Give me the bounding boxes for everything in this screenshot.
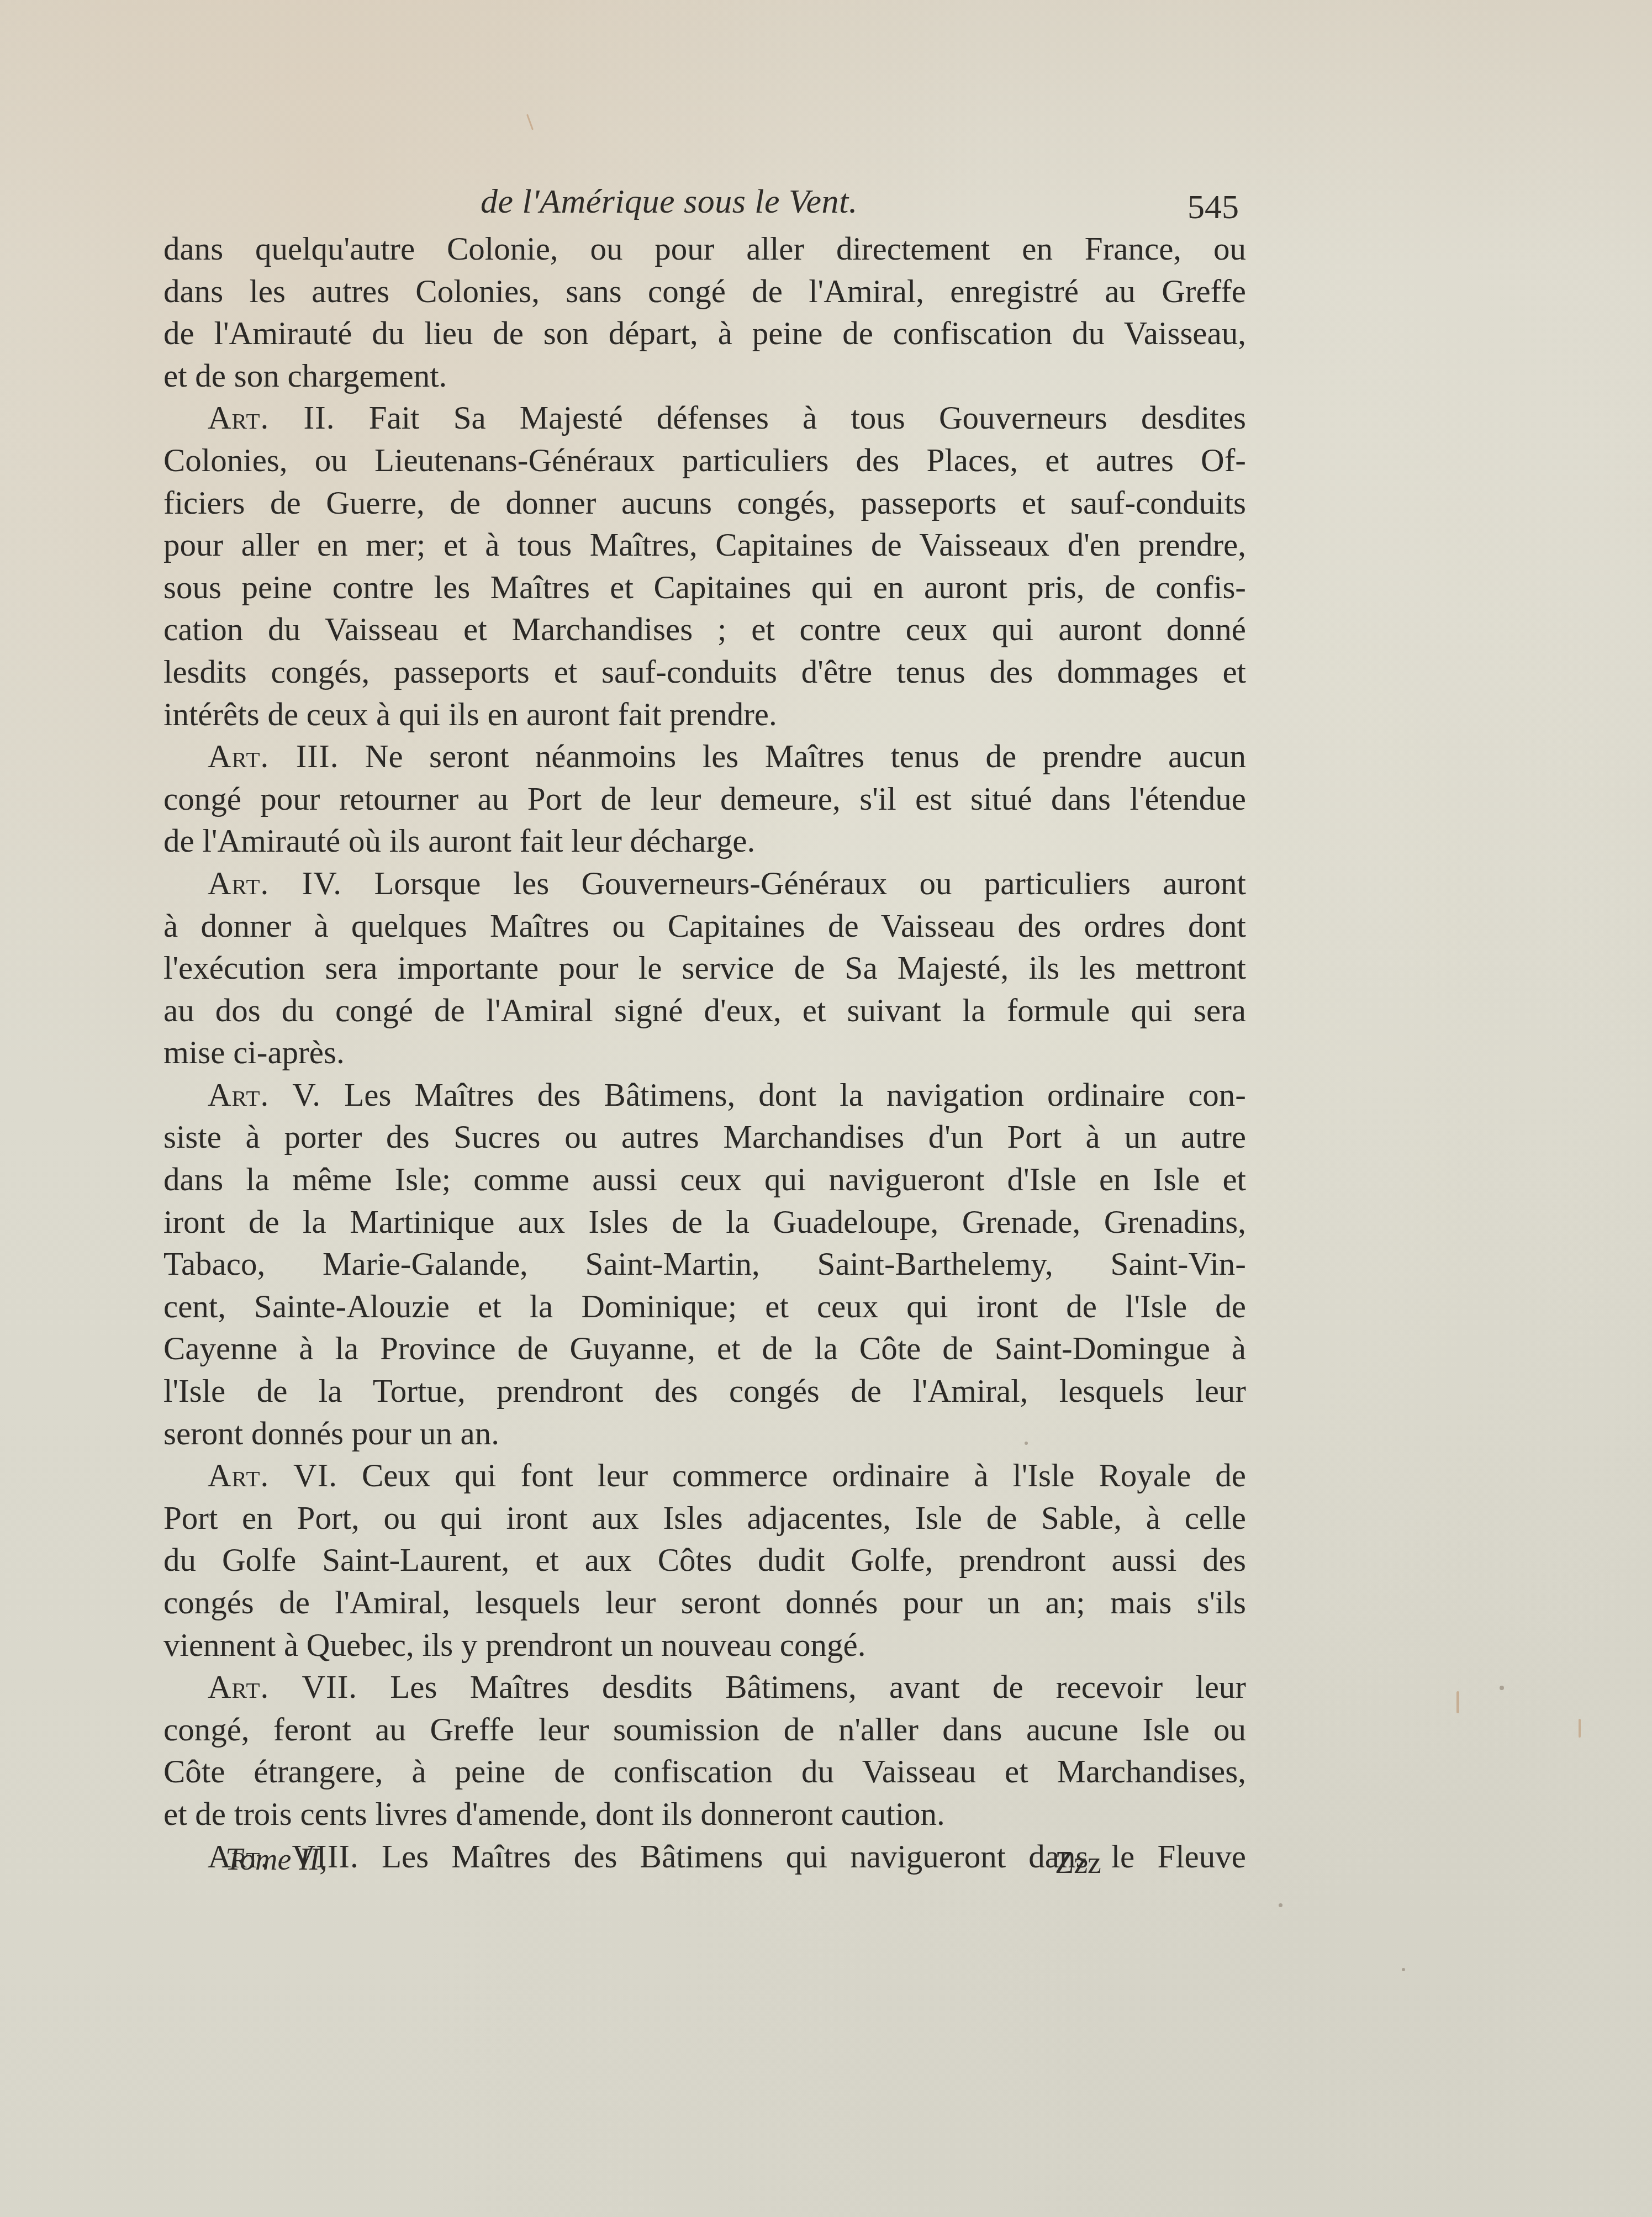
text-line: au dos du congé de l'Amiral signé d'eux,… bbox=[163, 989, 1246, 1032]
text-line: lesdits congés, passeports et sauf-condu… bbox=[163, 651, 1246, 693]
line-text: dans quelqu'autre Colonie, ou pour aller… bbox=[163, 230, 1246, 267]
text-line: et de son chargement. bbox=[163, 355, 1246, 397]
text-line: cation du Vaisseau et Marchandises ; et … bbox=[163, 608, 1246, 651]
text-line: iront de la Martinique aux Isles de la G… bbox=[163, 1201, 1246, 1243]
page-footer: Tome II, Zzz bbox=[188, 1842, 1237, 1886]
text-line: dans les autres Colonies, sans congé de … bbox=[163, 270, 1246, 313]
text-line: de l'Amirauté du lieu de son départ, à p… bbox=[163, 312, 1246, 355]
line-text: Côte étrangere, à peine de confiscation … bbox=[163, 1753, 1246, 1790]
line-text: Lorsque les Gouverneurs-Généraux ou part… bbox=[342, 865, 1246, 901]
article-start-line: Art. VII. Les Maîtres desdits Bâtimens, … bbox=[163, 1666, 1246, 1708]
line-text: congés de l'Amiral, lesquels leur seront… bbox=[163, 1584, 1246, 1620]
article-start-line: Art. IV. Lorsque les Gouverneurs-Générau… bbox=[163, 862, 1246, 905]
text-line: viennent à Quebec, ils y prendront un no… bbox=[163, 1624, 1246, 1666]
line-text: Les Maîtres des Bâtimens, dont la naviga… bbox=[321, 1076, 1246, 1113]
line-text: de l'Amirauté du lieu de son départ, à p… bbox=[163, 315, 1246, 351]
article-label: Art. IV. bbox=[208, 865, 342, 901]
line-text: au dos du congé de l'Amiral signé d'eux,… bbox=[163, 992, 1246, 1028]
line-text: et de son chargement. bbox=[163, 357, 447, 394]
line-text: du Golfe Saint-Laurent, et aux Côtes dud… bbox=[163, 1542, 1246, 1578]
line-text: et de trois cents livres d'amende, dont … bbox=[163, 1796, 945, 1832]
line-text: Les Maîtres desdits Bâtimens, avant de r… bbox=[357, 1669, 1246, 1705]
line-text: pour aller en mer; et à tous Maîtres, Ca… bbox=[163, 526, 1246, 563]
line-text: viennent à Quebec, ils y prendront un no… bbox=[163, 1627, 865, 1663]
paper-speck bbox=[1025, 1442, 1028, 1445]
line-text: sous peine contre les Maîtres et Capitai… bbox=[163, 569, 1246, 605]
text-line: mise ci-après. bbox=[163, 1031, 1246, 1074]
signature-mark: Zzz bbox=[1055, 1845, 1101, 1881]
paper-fiber bbox=[1456, 1691, 1459, 1713]
line-text: ficiers de Guerre, de donner aucuns cong… bbox=[163, 484, 1246, 521]
line-text: congé, feront au Greffe leur soumission … bbox=[163, 1711, 1246, 1748]
line-text: l'exécution sera importante pour le serv… bbox=[163, 949, 1246, 986]
line-text: mise ci-après. bbox=[163, 1034, 345, 1070]
text-line: congés de l'Amiral, lesquels leur seront… bbox=[163, 1581, 1246, 1624]
line-text: Colonies, ou Lieutenans-Généraux particu… bbox=[163, 442, 1246, 478]
paper-speck bbox=[1402, 1968, 1405, 1971]
line-text: cent, Sainte-Alouzie et la Dominique; et… bbox=[163, 1288, 1246, 1324]
line-text: à donner à quelques Maîtres ou Capitaine… bbox=[163, 907, 1246, 944]
text-line: Cayenne à la Province de Guyanne, et de … bbox=[163, 1327, 1246, 1370]
line-text: dans la même Isle; comme aussi ceux qui … bbox=[163, 1161, 1246, 1197]
body-text: dans quelqu'autre Colonie, ou pour aller… bbox=[163, 228, 1246, 1877]
scanned-page: de l'Amérique sous le Vent. 545 dans que… bbox=[0, 0, 1652, 2217]
text-line: dans la même Isle; comme aussi ceux qui … bbox=[163, 1158, 1246, 1201]
running-head: de l'Amérique sous le Vent. 545 bbox=[188, 178, 1237, 228]
paper-speck bbox=[1279, 1903, 1282, 1907]
article-start-line: Art. III. Ne seront néanmoins les Maître… bbox=[163, 735, 1246, 778]
line-text: seront donnés pour un an. bbox=[163, 1415, 499, 1451]
article-start-line: Art. VI. Ceux qui font leur commerce ord… bbox=[163, 1454, 1246, 1497]
text-line: Colonies, ou Lieutenans-Généraux particu… bbox=[163, 439, 1246, 482]
text-line: intérêts de ceux à qui ils en auront fai… bbox=[163, 693, 1246, 736]
page-number: 545 bbox=[1187, 188, 1239, 227]
text-line: sous peine contre les Maîtres et Capitai… bbox=[163, 566, 1246, 609]
line-text: iront de la Martinique aux Isles de la G… bbox=[163, 1203, 1246, 1240]
line-text: Ceux qui font leur commerce ordinaire à … bbox=[337, 1457, 1246, 1493]
text-line: de l'Amirauté où ils auront fait leur dé… bbox=[163, 820, 1246, 862]
text-line: l'exécution sera importante pour le serv… bbox=[163, 947, 1246, 989]
article-label: Art. V. bbox=[208, 1076, 321, 1113]
text-line: siste à porter des Sucres ou autres Marc… bbox=[163, 1116, 1246, 1158]
paper-fiber bbox=[526, 114, 534, 130]
text-line: et de trois cents livres d'amende, dont … bbox=[163, 1793, 1246, 1835]
line-text: Tabaco, Marie-Galande, Saint-Martin, Sai… bbox=[163, 1245, 1246, 1282]
text-line: congé, feront au Greffe leur soumission … bbox=[163, 1708, 1246, 1751]
paper-speck bbox=[1500, 1686, 1504, 1690]
text-line: Côte étrangere, à peine de confiscation … bbox=[163, 1750, 1246, 1793]
article-label: Art. VII. bbox=[208, 1669, 357, 1705]
line-text: Port en Port, ou qui iront aux Isles adj… bbox=[163, 1500, 1246, 1536]
text-line: du Golfe Saint-Laurent, et aux Côtes dud… bbox=[163, 1539, 1246, 1581]
line-text: intérêts de ceux à qui ils en auront fai… bbox=[163, 696, 777, 732]
text-line: cent, Sainte-Alouzie et la Dominique; et… bbox=[163, 1285, 1246, 1328]
line-text: Ne seront néanmoins les Maîtres tenus de… bbox=[339, 738, 1246, 774]
line-text: de l'Amirauté où ils auront fait leur dé… bbox=[163, 822, 755, 859]
article-label: Art. VI. bbox=[208, 1457, 337, 1493]
volume-label: Tome II, bbox=[225, 1842, 328, 1877]
line-text: Cayenne à la Province de Guyanne, et de … bbox=[163, 1330, 1246, 1366]
line-text: siste à porter des Sucres ou autres Marc… bbox=[163, 1118, 1246, 1155]
line-text: dans les autres Colonies, sans congé de … bbox=[163, 273, 1246, 309]
text-line: Port en Port, ou qui iront aux Isles adj… bbox=[163, 1497, 1246, 1539]
text-line: dans quelqu'autre Colonie, ou pour aller… bbox=[163, 228, 1246, 270]
article-start-line: Art. II. Fait Sa Majesté défenses à tous… bbox=[163, 397, 1246, 439]
text-line: pour aller en mer; et à tous Maîtres, Ca… bbox=[163, 524, 1246, 566]
paper-fiber bbox=[1579, 1719, 1581, 1738]
running-title: de l'Amérique sous le Vent. bbox=[481, 182, 858, 221]
text-line: à donner à quelques Maîtres ou Capitaine… bbox=[163, 905, 1246, 947]
text-line: Tabaco, Marie-Galande, Saint-Martin, Sai… bbox=[163, 1243, 1246, 1285]
text-line: l'Isle de la Tortue, prendront des congé… bbox=[163, 1370, 1246, 1412]
line-text: congé pour retourner au Port de leur dem… bbox=[163, 780, 1246, 817]
text-line: seront donnés pour un an. bbox=[163, 1412, 1246, 1455]
article-label: Art. II. bbox=[208, 399, 335, 436]
line-text: lesdits congés, passeports et sauf-condu… bbox=[163, 653, 1246, 690]
line-text: cation du Vaisseau et Marchandises ; et … bbox=[163, 611, 1246, 647]
line-text: l'Isle de la Tortue, prendront des congé… bbox=[163, 1373, 1246, 1409]
text-line: ficiers de Guerre, de donner aucuns cong… bbox=[163, 482, 1246, 524]
article-label: Art. III. bbox=[208, 738, 339, 774]
line-text: Fait Sa Majesté défenses à tous Gouverne… bbox=[335, 399, 1246, 436]
article-start-line: Art. V. Les Maîtres des Bâtimens, dont l… bbox=[163, 1074, 1246, 1116]
text-line: congé pour retourner au Port de leur dem… bbox=[163, 778, 1246, 820]
